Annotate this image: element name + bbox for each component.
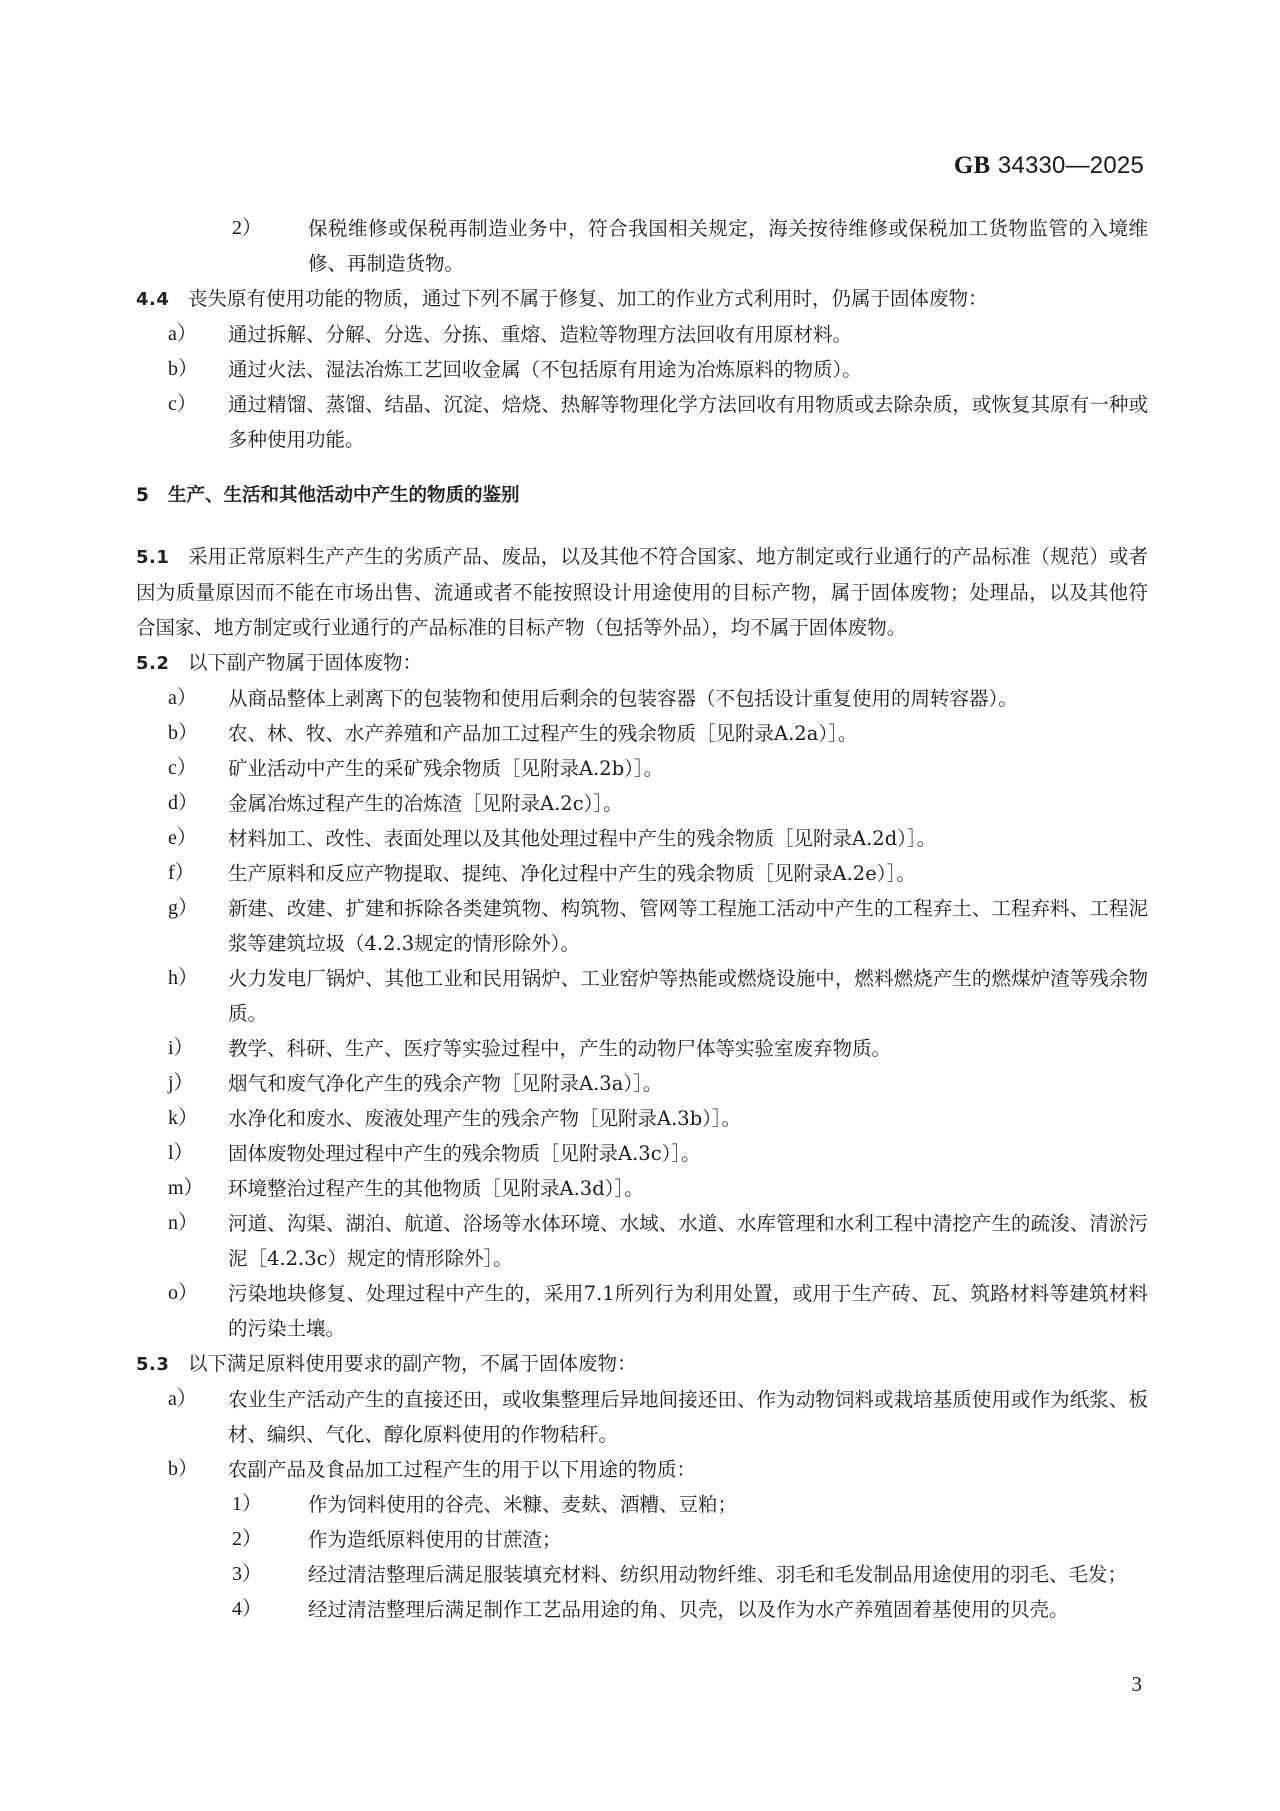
section-heading: 5生产、生活和其他活动中产生的物质的鉴别: [136, 478, 1148, 513]
list-item: k） 水净化和废水、废液处理产生的残余产物［见附录A.3b）］。: [136, 1101, 1148, 1136]
clause-5-1: 5.1采用正常原料生产产生的劣质产品、废品，以及其他不符合国家、地方制定或行业通…: [136, 539, 1148, 645]
document-page: GB 34330—2025 2） 保税维修或保税再制造业务中，符合我国相关规定，…: [0, 0, 1280, 1811]
item-marker: f）: [168, 856, 228, 891]
item-marker: a）: [168, 317, 228, 352]
list-item: b） 通过火法、湿法冶炼工艺回收金属（不包括原有用途为冶炼原料的物质）。: [136, 352, 1148, 387]
clause-text: 采用正常原料生产产生的劣质产品、废品，以及其他不符合国家、地方制定或行业通行的产…: [136, 545, 1148, 639]
list-item: a） 从商品整体上剥离下的包装物和使用后剩余的包装容器（不包括设计重复使用的周转…: [136, 681, 1148, 716]
section-title: 生产、生活和其他活动中产生的物质的鉴别: [168, 485, 520, 506]
subitem: 4） 经过清洁整理后满足制作工艺品用途的角、贝壳，以及作为水产养殖固着基使用的贝…: [136, 1592, 1148, 1627]
list-item: g） 新建、改建、扩建和拆除各类建筑物、构筑物、管网等工程施工活动中产生的工程弃…: [136, 891, 1148, 961]
subitem-marker: 2）: [232, 211, 302, 246]
item-marker: b）: [168, 1452, 228, 1487]
subitem-text: 经过清洁整理后满足制作工艺品用途的角、贝壳，以及作为水产养殖固着基使用的贝壳。: [308, 1592, 1148, 1627]
subitem: 3） 经过清洁整理后满足服装填充材料、纺织用动物纤维、羽毛和毛发制品用途使用的羽…: [136, 1557, 1148, 1592]
item-marker: h）: [168, 961, 228, 996]
clause-number: 5.1: [136, 540, 188, 575]
subitem: 2） 作为造纸原料使用的甘蔗渣；: [136, 1522, 1148, 1557]
clause-text: 以下副产物属于固体废物：: [188, 651, 422, 674]
subitem-text: 保税维修或保税再制造业务中，符合我国相关规定，海关按待维修或保税加工货物监管的入…: [308, 211, 1148, 281]
document-body: 2） 保税维修或保税再制造业务中，符合我国相关规定，海关按待维修或保税加工货物监…: [136, 211, 1148, 1627]
subitem-marker: 4）: [232, 1592, 302, 1627]
item-marker: k）: [168, 1101, 228, 1136]
subitem-text: 经过清洁整理后满足服装填充材料、纺织用动物纤维、羽毛和毛发制品用途使用的羽毛、毛…: [308, 1557, 1148, 1592]
subitem-carryover: 2） 保税维修或保税再制造业务中，符合我国相关规定，海关按待维修或保税加工货物监…: [136, 211, 1148, 281]
item-text: 固体废物处理过程中产生的残余物质［见附录A.3c）］。: [228, 1136, 1148, 1171]
item-text: 环境整治过程产生的其他物质［见附录A.3d）］。: [228, 1171, 1148, 1206]
list-item: c） 矿业活动中产生的采矿残余物质［见附录A.2b）］。: [136, 751, 1148, 786]
item-text: 火力发电厂锅炉、其他工业和民用锅炉、工业窑炉等热能或燃烧设施中，燃料燃烧产生的燃…: [228, 961, 1148, 1031]
item-marker: e）: [168, 821, 228, 856]
item-text: 金属冶炼过程产生的冶炼渣［见附录A.2c）］。: [228, 786, 1148, 821]
item-text: 通过拆解、分解、分选、分拣、重熔、造粒等物理方法回收有用原材料。: [228, 317, 1148, 352]
subitem: 1） 作为饲料使用的谷壳、米糠、麦麸、酒糟、豆粕；: [136, 1487, 1148, 1522]
subitem-marker: 2）: [232, 1522, 302, 1557]
standard-number: 34330—2025: [998, 152, 1144, 179]
item-text: 生产原料和反应产物提取、提纯、净化过程中产生的残余物质［见附录A.2e）］。: [228, 856, 1148, 891]
list-item: j） 烟气和废气净化产生的残余产物［见附录A.3a）］。: [136, 1066, 1148, 1101]
clause-5-3: 5.3以下满足原料使用要求的副产物，不属于固体废物：: [136, 1346, 1148, 1382]
section-number: 5: [136, 478, 168, 513]
item-text: 农、林、牧、水产养殖和产品加工过程产生的残余物质［见附录A.2a）］。: [228, 716, 1148, 751]
item-text: 河道、沟渠、湖泊、航道、浴场等水体环境、水域、水道、水库管理和水利工程中清挖产生…: [228, 1206, 1148, 1276]
item-text: 材料加工、改性、表面处理以及其他处理过程中产生的残余物质［见附录A.2d）］。: [228, 821, 1148, 856]
list-item: d） 金属冶炼过程产生的冶炼渣［见附录A.2c）］。: [136, 786, 1148, 821]
item-text: 污染地块修复、处理过程中产生的，采用7.1所列行为利用处置，或用于生产砖、瓦、筑…: [228, 1276, 1148, 1346]
standard-prefix: GB: [954, 152, 991, 179]
list-item: n） 河道、沟渠、湖泊、航道、浴场等水体环境、水域、水道、水库管理和水利工程中清…: [136, 1206, 1148, 1276]
item-text: 教学、科研、生产、医疗等实验过程中，产生的动物尸体等实验室废弃物质。: [228, 1031, 1148, 1066]
list-item: l） 固体废物处理过程中产生的残余物质［见附录A.3c）］。: [136, 1136, 1148, 1171]
item-text: 农业生产活动产生的直接还田，或收集整理后异地间接还田、作为动物饲料或栽培基质使用…: [228, 1382, 1148, 1452]
list-item: o） 污染地块修复、处理过程中产生的，采用7.1所列行为利用处置，或用于生产砖、…: [136, 1276, 1148, 1346]
item-marker: o）: [168, 1276, 228, 1311]
clause-number: 4.4: [136, 282, 188, 317]
clause-text: 丧失原有使用功能的物质，通过下列不属于修复、加工的作业方式利用时，仍属于固体废物…: [188, 287, 988, 310]
item-marker: i）: [168, 1031, 228, 1066]
item-marker: a）: [168, 1382, 228, 1417]
subitem-text: 作为饲料使用的谷壳、米糠、麦麸、酒糟、豆粕；: [308, 1487, 1148, 1522]
item-marker: n）: [168, 1206, 228, 1241]
list-item: c） 通过精馏、蒸馏、结晶、沉淀、焙烧、热解等物理化学方法回收有用物质或去除杂质…: [136, 387, 1148, 457]
item-text: 水净化和废水、废液处理产生的残余产物［见附录A.3b）］。: [228, 1101, 1148, 1136]
item-marker: c）: [168, 751, 228, 786]
item-text: 烟气和废气净化产生的残余产物［见附录A.3a）］。: [228, 1066, 1148, 1101]
item-marker: b）: [168, 716, 228, 751]
subitem-text: 作为造纸原料使用的甘蔗渣；: [308, 1522, 1148, 1557]
subitem-marker: 1）: [232, 1487, 302, 1522]
page-number: 3: [1132, 1672, 1143, 1697]
item-text: 新建、改建、扩建和拆除各类建筑物、构筑物、管网等工程施工活动中产生的工程弃土、工…: [228, 891, 1148, 961]
list-item: b） 农副产品及食品加工过程产生的用于以下用途的物质：: [136, 1452, 1148, 1487]
list-item: e） 材料加工、改性、表面处理以及其他处理过程中产生的残余物质［见附录A.2d）…: [136, 821, 1148, 856]
clause-number: 5.3: [136, 1347, 188, 1382]
list-item: a） 农业生产活动产生的直接还田，或收集整理后异地间接还田、作为动物饲料或栽培基…: [136, 1382, 1148, 1452]
item-marker: b）: [168, 352, 228, 387]
list-item: h） 火力发电厂锅炉、其他工业和民用锅炉、工业窑炉等热能或燃烧设施中，燃料燃烧产…: [136, 961, 1148, 1031]
item-marker: a）: [168, 681, 228, 716]
list-item: i） 教学、科研、生产、医疗等实验过程中，产生的动物尸体等实验室废弃物质。: [136, 1031, 1148, 1066]
clause-5-2: 5.2以下副产物属于固体废物：: [136, 645, 1148, 681]
item-text: 通过火法、湿法冶炼工艺回收金属（不包括原有用途为冶炼原料的物质）。: [228, 352, 1148, 387]
clause-4-4: 4.4丧失原有使用功能的物质，通过下列不属于修复、加工的作业方式利用时，仍属于固…: [136, 281, 1148, 317]
list-item: b） 农、林、牧、水产养殖和产品加工过程产生的残余物质［见附录A.2a）］。: [136, 716, 1148, 751]
list-item: f） 生产原料和反应产物提取、提纯、净化过程中产生的残余物质［见附录A.2e）］…: [136, 856, 1148, 891]
clause-number: 5.2: [136, 646, 188, 681]
item-marker: m）: [168, 1171, 228, 1206]
item-text: 通过精馏、蒸馏、结晶、沉淀、焙烧、热解等物理化学方法回收有用物质或去除杂质，或恢…: [228, 387, 1148, 457]
item-text: 矿业活动中产生的采矿残余物质［见附录A.2b）］。: [228, 751, 1148, 786]
item-marker: g）: [168, 891, 228, 926]
standard-code-header: GB 34330—2025: [954, 152, 1144, 180]
list-item: a） 通过拆解、分解、分选、分拣、重熔、造粒等物理方法回收有用原材料。: [136, 317, 1148, 352]
item-marker: d）: [168, 786, 228, 821]
item-marker: j）: [168, 1066, 228, 1101]
item-marker: c）: [168, 387, 228, 422]
item-marker: l）: [168, 1136, 228, 1171]
item-text: 从商品整体上剥离下的包装物和使用后剩余的包装容器（不包括设计重复使用的周转容器）…: [228, 681, 1148, 716]
subitem-marker: 3）: [232, 1557, 302, 1592]
item-text: 农副产品及食品加工过程产生的用于以下用途的物质：: [228, 1452, 1148, 1487]
list-item: m） 环境整治过程产生的其他物质［见附录A.3d）］。: [136, 1171, 1148, 1206]
clause-text: 以下满足原料使用要求的副产物，不属于固体废物：: [188, 1352, 637, 1375]
